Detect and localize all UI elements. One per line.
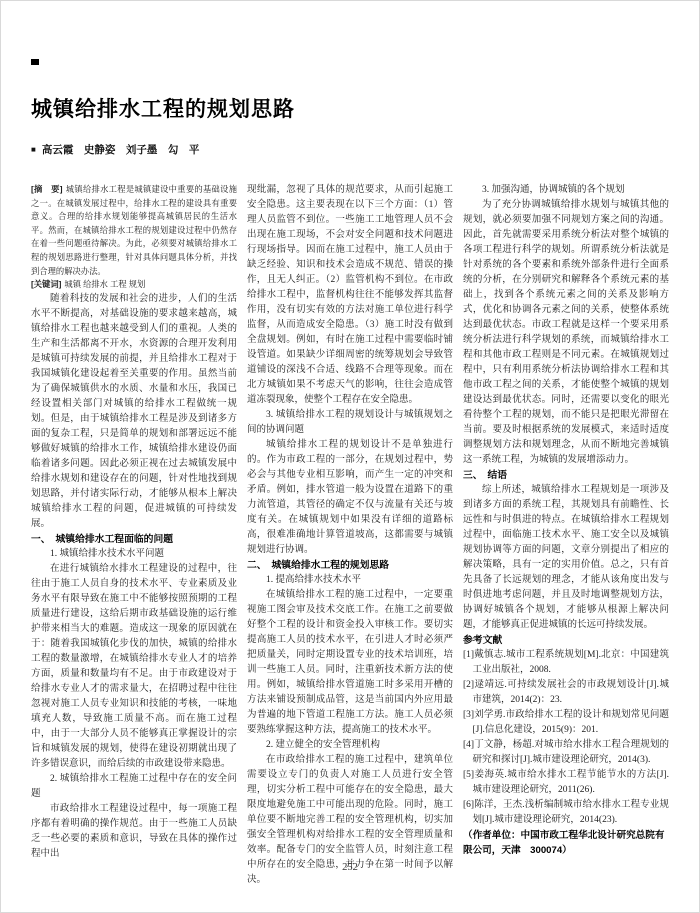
column-2: 现纰漏，忽视了具体的规范要求，从而引起施工安全隐患。这主要表现在以下三个方面：（…	[247, 183, 453, 888]
references-heading: 参考文献	[463, 633, 669, 648]
paragraph: 市政给排水工程建设过程中，每一项施工程序都有着明确的操作规范。由于一些施工人员缺…	[31, 802, 237, 862]
abstract: [摘 要]城镇给排水工程是城镇建设中重要的基础设施之一。在城镇发展过程中，给排水…	[31, 183, 237, 278]
article-body: [摘 要]城镇给排水工程是城镇建设中重要的基础设施之一。在城镇发展过程中，给排水…	[31, 183, 669, 888]
subsection-heading-1-3: 3. 城镇给排水工程的规划设计与城镇规划之间的协调问题	[247, 408, 453, 438]
author-bullet-icon: ■	[31, 145, 36, 154]
paragraph: 为了充分协调城镇给排水规划与城镇其他的规划，就必须要加强不同规划方案之间的沟通。…	[463, 198, 669, 468]
paragraph: 城镇给排水工程的规划设计不是单独进行的。作为市政工程的一部分，在规划过程中，势必…	[247, 438, 453, 558]
paragraph: 在进行城镇给水排水工程建设的过程中，往往由于施工人员自身的技术水平、专业素质及业…	[31, 562, 237, 772]
subsection-heading-1-2: 2. 城镇给排水工程施工过程中存在的安全问题	[31, 772, 237, 802]
subsection-heading-1-1: 1. 城镇给排水技术水平问题	[31, 547, 237, 562]
journal-page: 城镇给排水工程的规划思路 ■高云霞 史静姿 刘子墨 勾 平 [摘 要]城镇给排水…	[0, 0, 700, 913]
page-number: 252	[1, 862, 699, 873]
section-heading-3: 三、 结语	[463, 468, 669, 483]
abstract-text: 城镇给排水工程是城镇建设中重要的基础设施之一。在城镇发展过程中，给排水工程的建设…	[31, 185, 237, 276]
intro-paragraph: 随着科技的发展和社会的进步，人们的生活水平不断提高，对基础设施的要求越来越高，城…	[31, 292, 237, 532]
section-heading-2: 二、 城镇给排水工程的规划思路	[247, 558, 453, 573]
print-mark	[31, 59, 39, 65]
author-line: ■高云霞 史静姿 刘子墨 勾 平	[31, 142, 199, 157]
author-names: 高云霞 史静姿 刘子墨 勾 平	[42, 144, 200, 156]
subsection-heading-2-3: 3. 加强沟通，协调城镇的各个规划	[463, 183, 669, 198]
keywords-label: [关键词]	[31, 279, 61, 289]
reference-item: [4]丁文静，杨超.对城市给水排水工程合理规划的研究和探讨[J].城市建设理论研…	[463, 738, 669, 768]
subsection-heading-2-2: 2. 建立健全的安全管理机构	[247, 738, 453, 753]
section-heading-1: 一、 城镇给排水工程面临的问题	[31, 532, 237, 547]
author-affiliation: （作者单位：中国市政工程华北设计研究总院有限公司，天津 300074）	[463, 828, 669, 858]
column-1: [摘 要]城镇给排水工程是城镇建设中重要的基础设施之一。在城镇发展过程中，给排水…	[31, 183, 237, 888]
keywords: [关键词]城镇 给排水 工程 规划	[31, 278, 237, 292]
abstract-label: [摘 要]	[31, 184, 63, 194]
subsection-heading-2-1: 1. 提高给排水技术水平	[247, 573, 453, 588]
column-3: 3. 加强沟通，协调城镇的各个规划 为了充分协调城镇给排水规划与城镇其他的规划，…	[463, 183, 669, 888]
reference-item: [3]刘学勇.市政给排水工程的设计和规划常见问题[J].信息化建设，2015(9…	[463, 708, 669, 738]
reference-item: [2]逯靖远.可持续发展社会的市政规划设计[J].城市建筑，2014(2)：23…	[463, 678, 669, 708]
reference-item: [6]陈洋，王杰.浅析编制城市给水排水工程专业规划[J].城市建设理论研究，20…	[463, 798, 669, 828]
paragraph: 在城镇给排水工程的施工过程中，一定要重视施工图会审及技术交底工作。在施工之前要做…	[247, 588, 453, 738]
paragraph: 综上所述，城镇给排水工程规划是一项涉及到诸多方面的系统工程，其规划具有前瞻性、长…	[463, 483, 669, 633]
keywords-text: 城镇 给排水 工程 规划	[64, 280, 145, 289]
article-title: 城镇给排水工程的规划思路	[31, 93, 295, 123]
reference-item: [5]姜海英.城市给水排水工程节能节水的方法[J].城市建设理论研究，2011(…	[463, 768, 669, 798]
reference-item: [1]戴慎志.城市工程系统规划[M].北京：中国建筑工业出版社，2008.	[463, 648, 669, 678]
paragraph-continuation: 现纰漏，忽视了具体的规范要求，从而引起施工安全隐患。这主要表现在以下三个方面：（…	[247, 183, 453, 408]
